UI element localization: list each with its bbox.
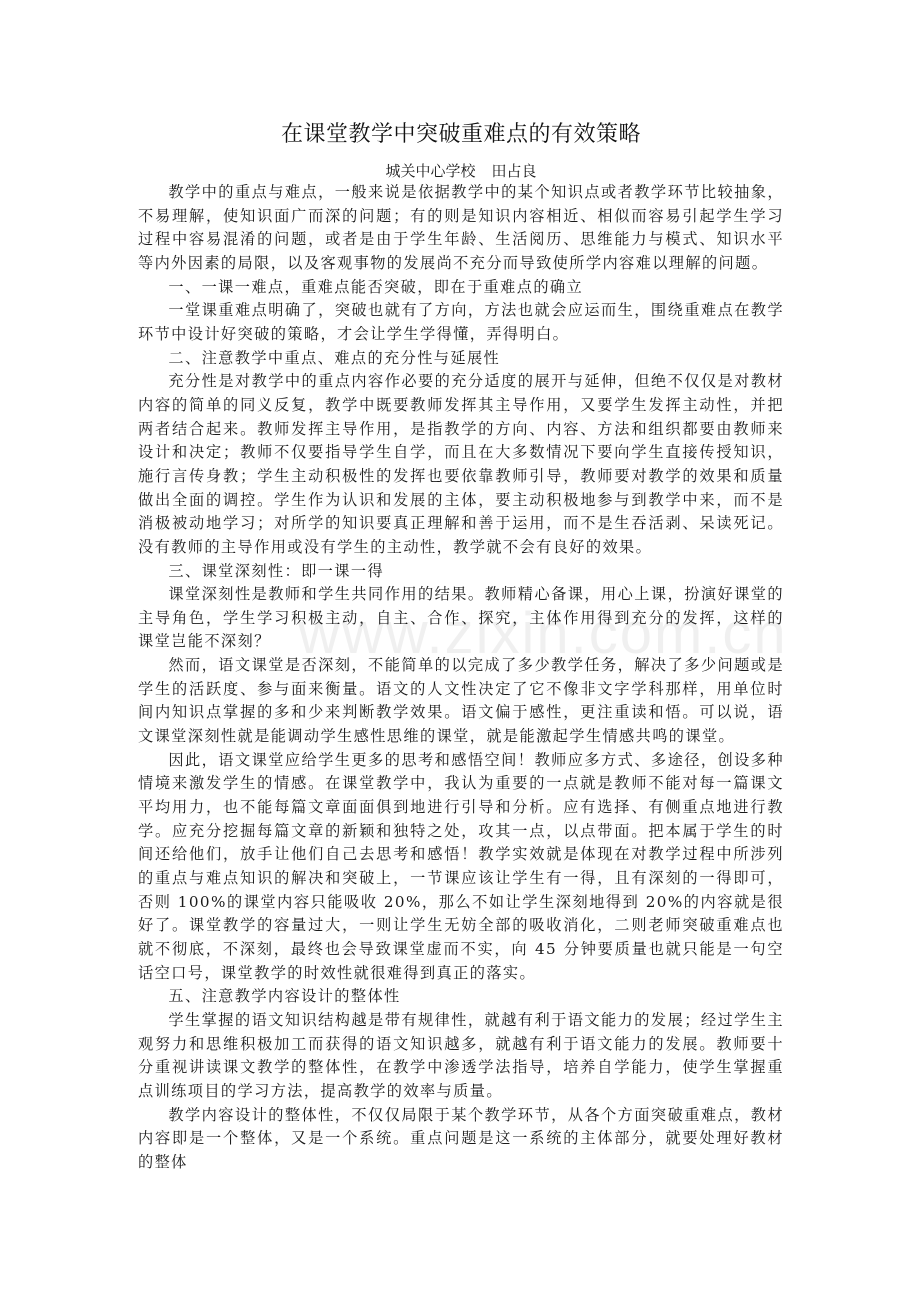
paragraph: 课堂深刻性是教师和学生共同作用的结果。教师精心备课，用心上课，扮演好课堂的主导角… [138, 583, 784, 654]
section-heading-2: 二、注意教学中重点、难点的充分性与延展性 [138, 347, 784, 371]
paragraph: 教学内容设计的整体性，不仅仅局限于某个教学环节，从各个方面突破重难点，教材内容即… [138, 1104, 784, 1175]
paragraph: 因此，语文课堂应给学生更多的思考和感悟空间！教师应多方式、多途径，创设多种情境来… [138, 749, 784, 986]
paragraph: 充分性是对教学中的重点内容作必要的充分适度的展开与延伸，但绝不仅仅是对教材内容的… [138, 370, 784, 559]
section-heading-3: 三、课堂深刻性：即一课一得 [138, 560, 784, 584]
paragraph: 然而，语文课堂是否深刻，不能简单的以完成了多少教学任务，解决了多少问题或是学生的… [138, 654, 784, 749]
section-heading-1: 一、一课一难点，重难点能否突破，即在于重难点的确立 [138, 276, 784, 300]
paragraph-intro: 教学中的重点与难点，一般来说是依据教学中的某个知识点或者教学环节比较抽象，不易理… [138, 181, 784, 276]
byline: 城关中心学校田占良 [138, 160, 784, 182]
document-body: 教学中的重点与难点，一般来说是依据教学中的某个知识点或者教学环节比较抽象，不易理… [138, 181, 784, 1175]
document-title: 在课堂教学中突破重难点的有效策略 [138, 120, 784, 150]
paragraph: 一堂课重难点明确了，突破也就有了方向，方法也就会应运而生，围绕重难点在教学环节中… [138, 299, 784, 346]
paragraph: 学生掌握的语文知识结构越是带有规律性，就越有利于语文能力的发展；经过学生主观努力… [138, 1009, 784, 1104]
author-name: 田占良 [492, 162, 537, 180]
section-heading-5: 五、注意教学内容设计的整体性 [138, 985, 784, 1009]
school-name: 城关中心学校 [385, 162, 475, 180]
